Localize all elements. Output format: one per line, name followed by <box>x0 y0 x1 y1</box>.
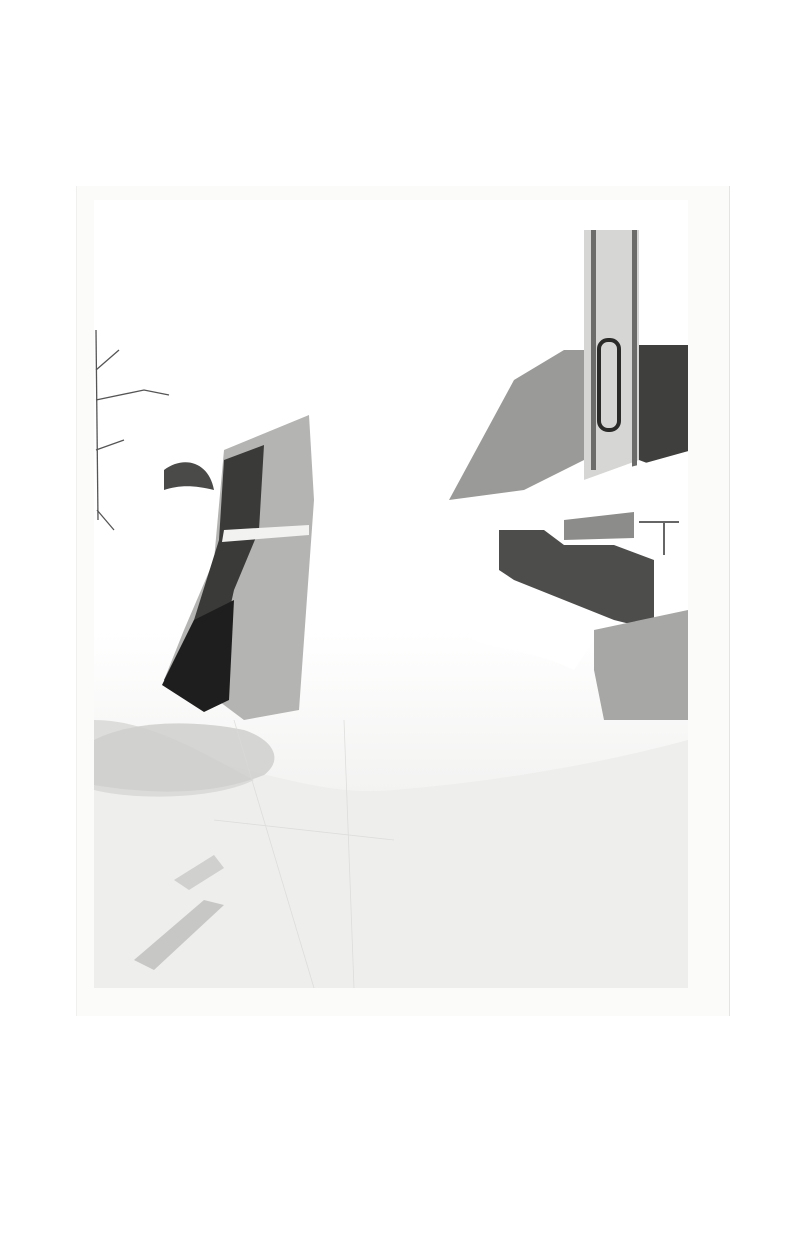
frame-post <box>591 230 596 470</box>
snow-mound <box>474 612 594 670</box>
photo-scene <box>94 200 688 988</box>
frame-post <box>632 230 637 470</box>
tree-branches <box>96 330 169 530</box>
lower-lintel <box>564 512 634 540</box>
building-wall <box>449 350 584 500</box>
lower-wall <box>594 610 688 720</box>
rubble-shadow <box>164 462 214 490</box>
small-post <box>639 522 679 555</box>
photograph <box>94 200 688 988</box>
